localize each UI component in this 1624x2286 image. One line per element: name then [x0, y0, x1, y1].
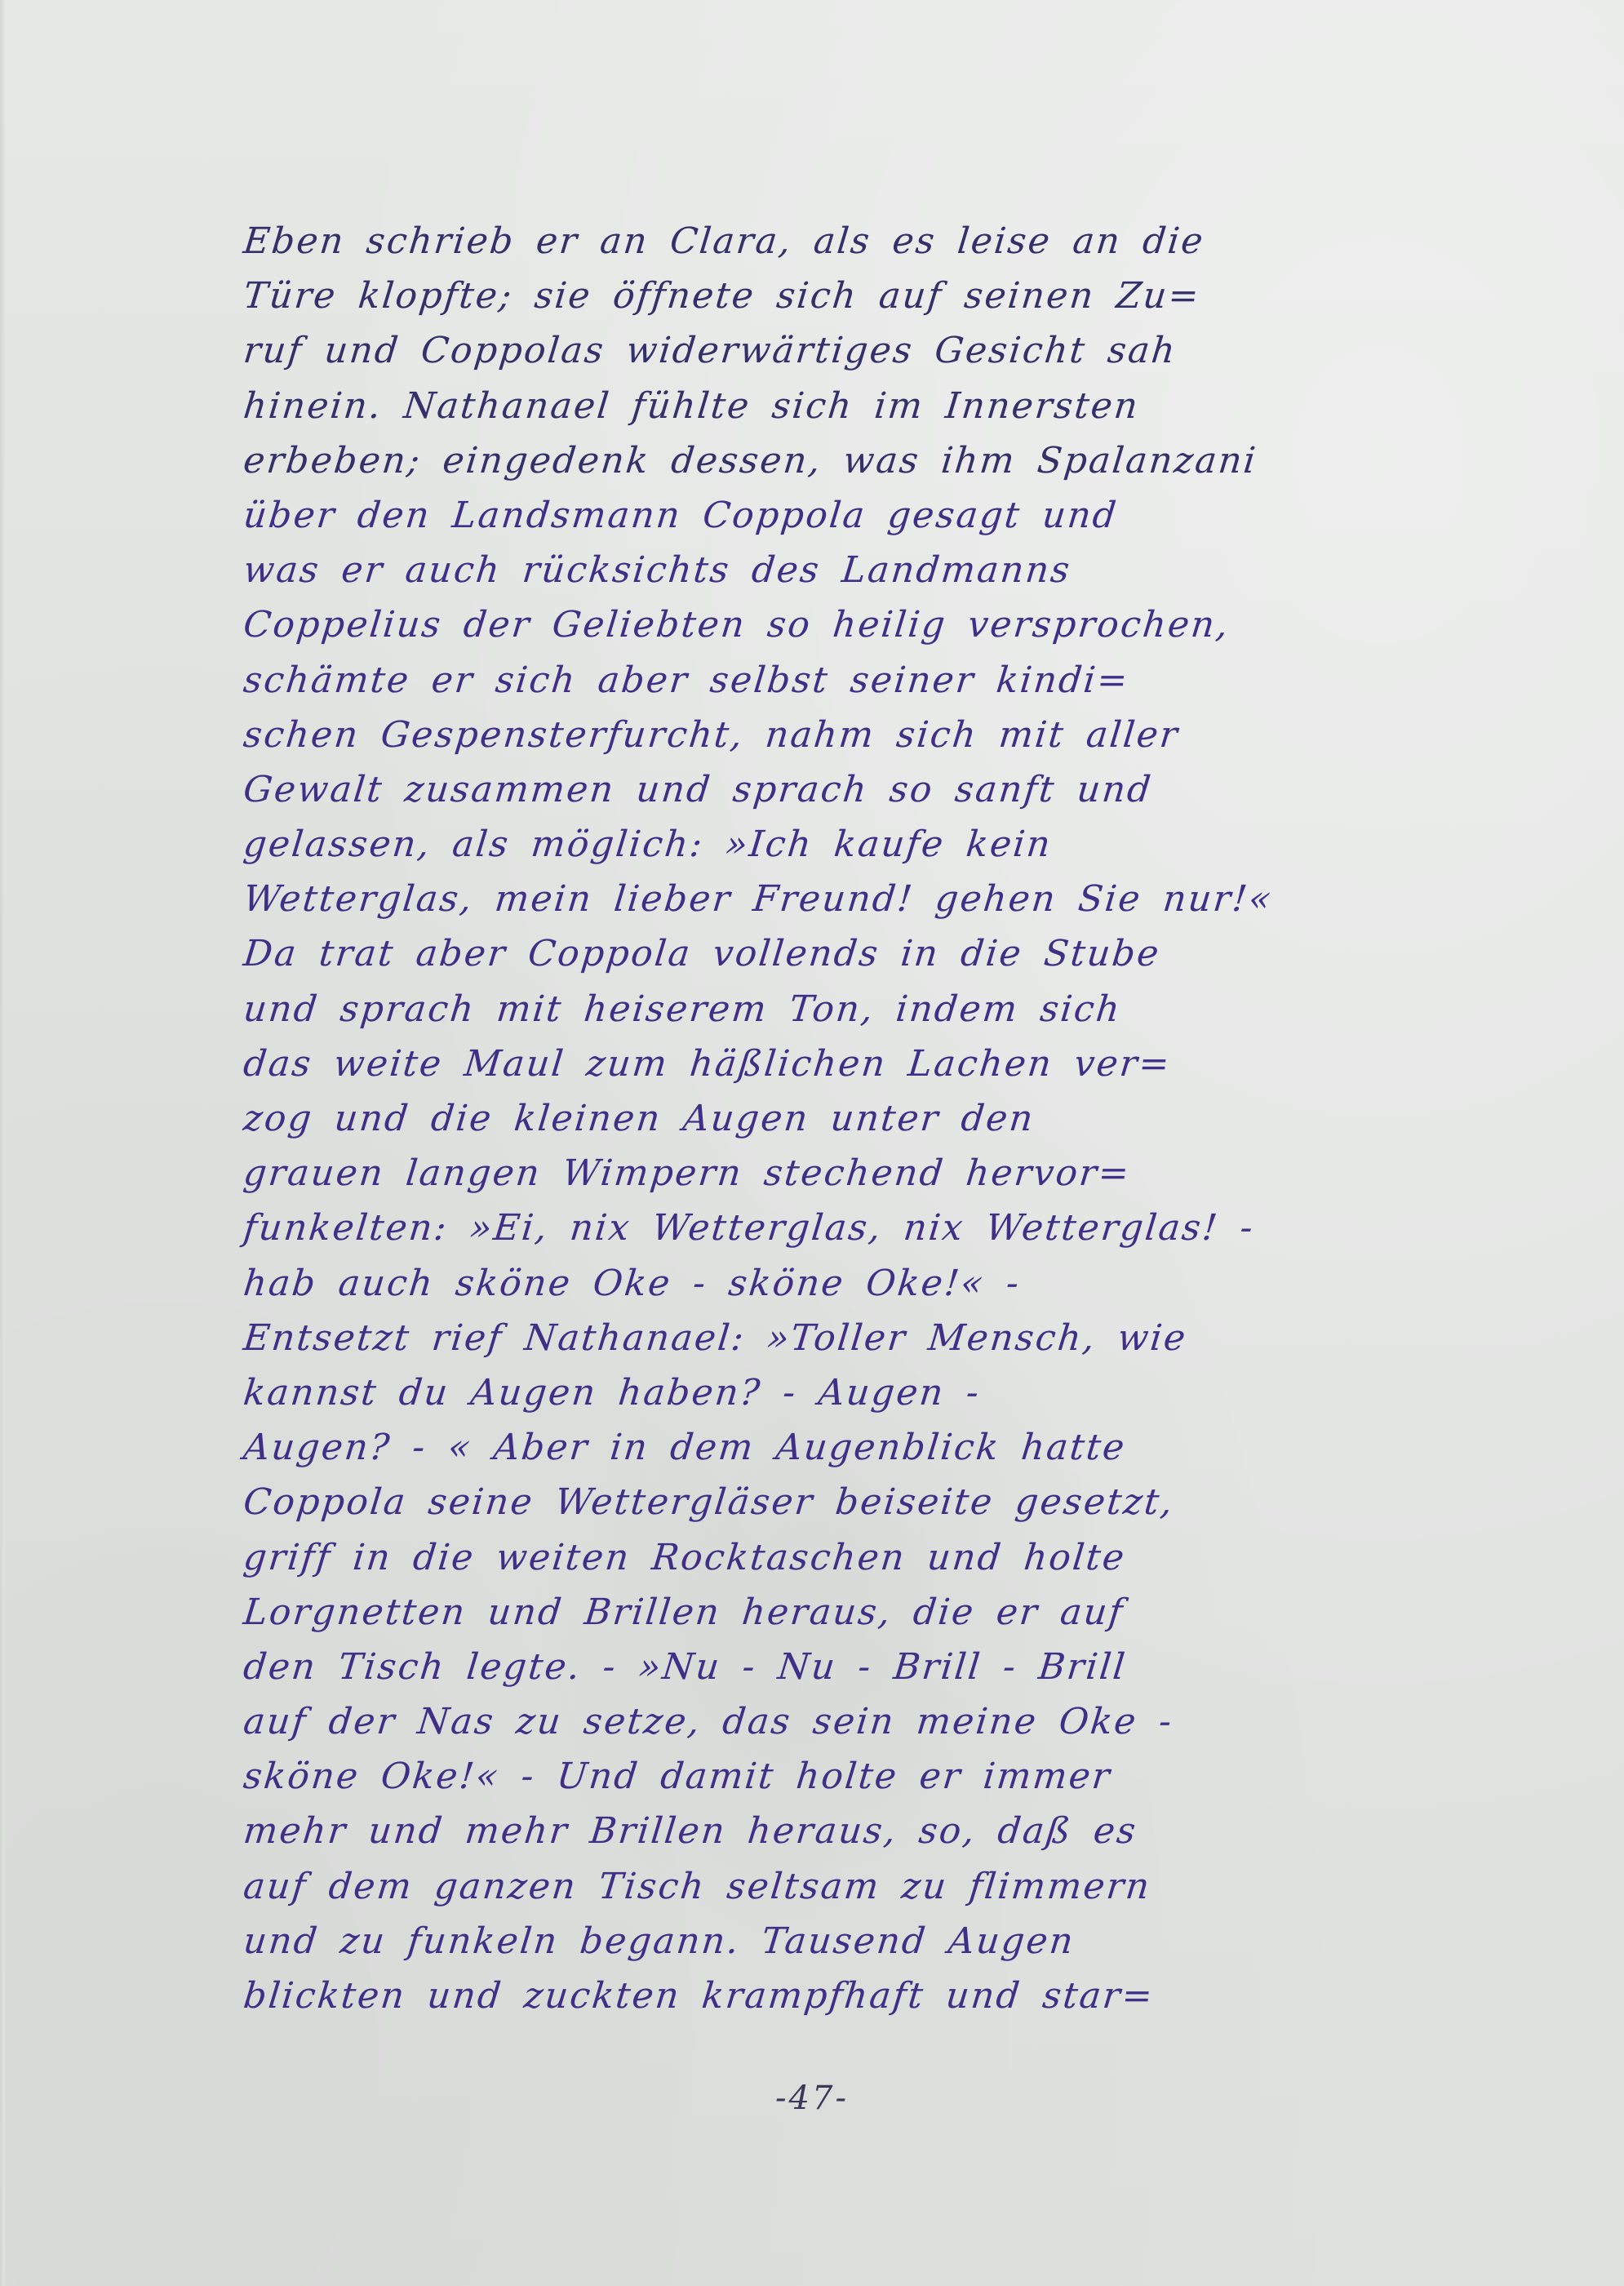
text-line: zog und die kleinen Augen unter den	[241, 1091, 1438, 1146]
handwritten-text-block: Eben schrieb er an Clara, als es leise a…	[241, 214, 1432, 2023]
text-line: Gewalt zusammen und sprach so sanft und	[241, 762, 1438, 817]
text-line: das weite Maul zum häßlichen Lachen ver=	[241, 1036, 1438, 1091]
text-line: funkelten: »Ei, nix Wetterglas, nix Wett…	[241, 1201, 1438, 1255]
text-line: mehr und mehr Brillen heraus, so, daß es	[241, 1804, 1438, 1858]
text-line: sköne Oke!« - Und damit holte er immer	[241, 1749, 1438, 1804]
text-line: Entsetzt rief Nathanael: »Toller Mensch,…	[241, 1311, 1438, 1365]
text-line: blickten und zuckten krampfhaft und star…	[241, 1969, 1438, 2023]
text-line: hab auch sköne Oke - sköne Oke!« -	[241, 1256, 1438, 1311]
page-number: -47-	[0, 2080, 1624, 2117]
text-line: erbeben; eingedenk dessen, was ihm Spala…	[241, 433, 1438, 488]
text-line: Wetterglas, mein lieber Freund! gehen Si…	[241, 872, 1438, 926]
text-line: grauen langen Wimpern stechend hervor=	[241, 1146, 1438, 1201]
paper-left-edge	[0, 0, 5, 2286]
text-line: schämte er sich aber selbst seiner kindi…	[241, 653, 1438, 708]
text-line: und zu funkeln begann. Tausend Augen	[241, 1914, 1438, 1969]
text-line: Augen? - « Aber in dem Augenblick hatte	[241, 1420, 1438, 1475]
text-line: und sprach mit heiserem Ton, indem sich	[241, 982, 1438, 1036]
text-line: auf dem ganzen Tisch seltsam zu flimmern	[241, 1859, 1438, 1914]
text-line: Eben schrieb er an Clara, als es leise a…	[241, 214, 1438, 269]
text-line: Lorgnetten und Brillen heraus, die er au…	[241, 1585, 1438, 1640]
text-line: hinein. Nathanael fühlte sich im Innerst…	[241, 379, 1438, 433]
text-line: Coppola seine Wettergläser beiseite gese…	[241, 1475, 1438, 1529]
text-line: griff in die weiten Rocktaschen und holt…	[241, 1530, 1438, 1585]
text-line: auf der Nas zu setze, das sein meine Oke…	[241, 1694, 1438, 1749]
text-line: gelassen, als möglich: »Ich kaufe kein	[241, 817, 1438, 872]
text-line: über den Landsmann Coppola gesagt und	[241, 488, 1438, 543]
text-line: ruf und Coppolas widerwärtiges Gesicht s…	[241, 323, 1438, 378]
text-line: kannst du Augen haben? - Augen -	[241, 1365, 1438, 1420]
text-line: den Tisch legte. - »Nu - Nu - Brill - Br…	[241, 1640, 1438, 1694]
text-line: schen Gespensterfurcht, nahm sich mit al…	[241, 708, 1438, 762]
text-line: Türe klopfte; sie öffnete sich auf seine…	[241, 269, 1438, 323]
text-line: was er auch rücksichts des Landmanns	[241, 543, 1438, 597]
text-line: Da trat aber Coppola vollends in die Stu…	[241, 926, 1438, 981]
text-line: Coppelius der Geliebten so heilig verspr…	[241, 597, 1438, 652]
